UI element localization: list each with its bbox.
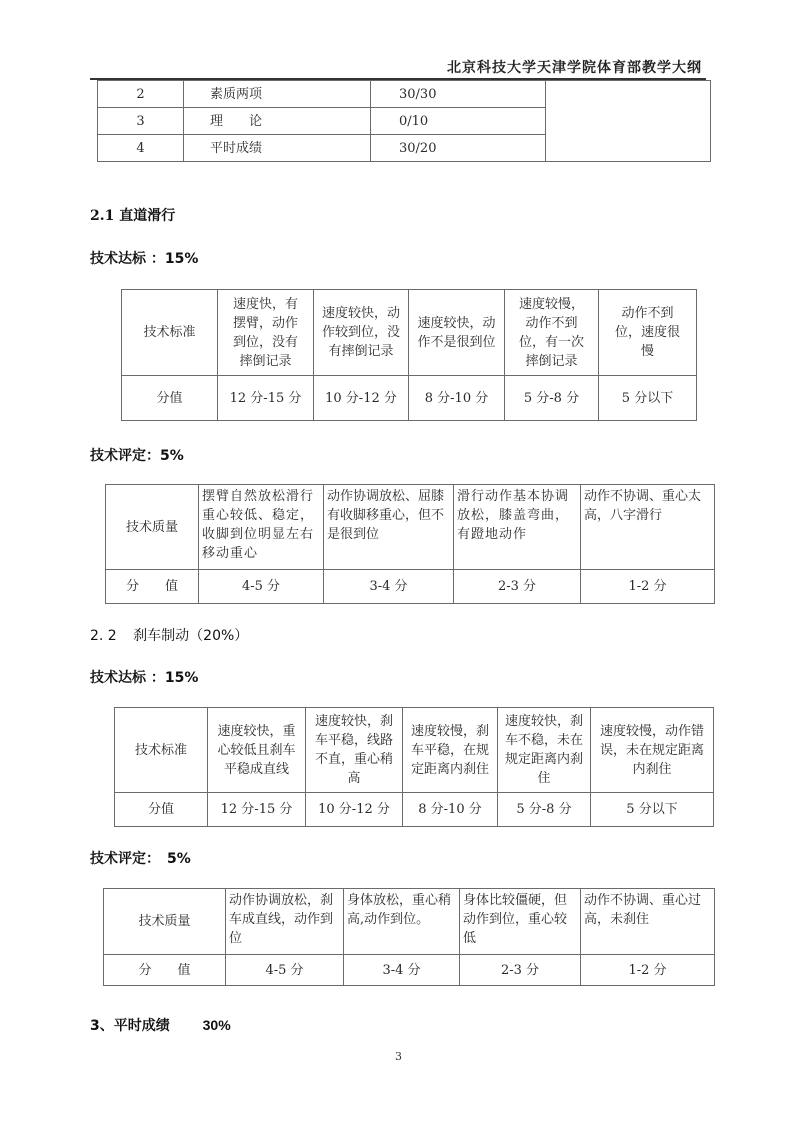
criterion-cell: 身体放松，重心稍高,动作到位。 bbox=[344, 889, 460, 955]
evaluation-weight-label: 技术评定：5% bbox=[90, 445, 184, 465]
score-cell: 1-2 分 bbox=[581, 955, 715, 986]
row-number: 4 bbox=[98, 135, 184, 162]
score-cell: 12 分-15 分 bbox=[208, 793, 306, 827]
section-number: 2.1 bbox=[90, 208, 114, 224]
straight-glide-standard-table: 技术标准 速度快，有摆臂，动作到位，没有摔倒记录 速度较快，动作较到位，没有摔倒… bbox=[121, 289, 697, 421]
score-cell: 10 分-12 分 bbox=[314, 376, 409, 421]
section-heading-2-2: 2. 2 刹车制动（20%） bbox=[90, 625, 248, 645]
row-header: 技术标准 bbox=[115, 708, 208, 793]
score-header: 分值 bbox=[115, 793, 208, 827]
table-row: 技术标准 速度快，有摆臂，动作到位，没有摔倒记录 速度较快，动作较到位，没有摔倒… bbox=[122, 290, 697, 376]
criterion-cell: 速度较快，动作较到位，没有摔倒记录 bbox=[314, 290, 409, 376]
section-percent: 30% bbox=[203, 1017, 231, 1033]
score-cell: 2-3 分 bbox=[454, 570, 581, 604]
score-cell: 8 分-10 分 bbox=[409, 376, 505, 421]
table-row: 2 素质两项 30/30 bbox=[98, 81, 711, 108]
criterion-cell: 动作不协调、重心太高，八字滑行 bbox=[581, 485, 715, 570]
item-ratio: 30/30 bbox=[371, 81, 546, 108]
score-cell: 3-4 分 bbox=[344, 955, 460, 986]
score-summary-table: 2 素质两项 30/30 3 理 论 0/10 4 平时成绩 30/20 bbox=[97, 80, 711, 162]
table-row: 技术标准 速度较快，重心较低且刹车平稳成直线 速度较快，刹车平稳，线路不直，重心… bbox=[115, 708, 714, 793]
table-row: 分 值 4-5 分 3-4 分 2-3 分 1-2 分 bbox=[104, 955, 715, 986]
score-cell: 5 分-8 分 bbox=[505, 376, 599, 421]
score-cell: 3-4 分 bbox=[324, 570, 454, 604]
section-title: 3、平时成绩 bbox=[90, 1018, 170, 1034]
table-row: 分值 12 分-15 分 10 分-12 分 8 分-10 分 5 分-8 分 … bbox=[122, 376, 697, 421]
row-header: 技术标准 bbox=[122, 290, 218, 376]
straight-glide-evaluation-table: 技术质量 摆臂自然放松滑行重心较低、稳定，收脚到位明显左右移动重心 动作协调放松… bbox=[105, 484, 715, 604]
criterion-cell: 速度较慢，动作不到位，有一次摔倒记录 bbox=[505, 290, 599, 376]
standard-weight-label: 技术达标 ：15% bbox=[90, 667, 198, 687]
score-cell: 8 分-10 分 bbox=[403, 793, 498, 827]
score-cell: 12 分-15 分 bbox=[218, 376, 314, 421]
score-cell: 4-5 分 bbox=[199, 570, 324, 604]
score-cell: 5 分以下 bbox=[599, 376, 697, 421]
item-ratio: 30/20 bbox=[371, 135, 546, 162]
score-cell: 4-5 分 bbox=[226, 955, 344, 986]
criterion-cell: 速度快，有摆臂，动作到位，没有摔倒记录 bbox=[218, 290, 314, 376]
criterion-cell: 速度较慢，动作错误，未在规定距离内刹住 bbox=[591, 708, 714, 793]
row-header: 技术质量 bbox=[104, 889, 226, 955]
criterion-cell: 身体比较僵硬，但动作到位，重心较低 bbox=[460, 889, 581, 955]
score-cell: 5 分以下 bbox=[591, 793, 714, 827]
criterion-cell: 动作协调放松、屈膝有收脚移重心，但不是很到位 bbox=[324, 485, 454, 570]
criterion-cell: 滑行动作基本协调放松，膝盖弯曲，有蹬地动作 bbox=[454, 485, 581, 570]
score-cell: 5 分-8 分 bbox=[498, 793, 591, 827]
score-cell: 1-2 分 bbox=[581, 570, 715, 604]
item-name: 平时成绩 bbox=[184, 135, 371, 162]
score-cell: 10 分-12 分 bbox=[306, 793, 403, 827]
criterion-cell: 速度较快，重心较低且刹车平稳成直线 bbox=[208, 708, 306, 793]
standard-weight-label: 技术达标 ：15% bbox=[90, 248, 198, 268]
table-row: 技术质量 摆臂自然放松滑行重心较低、稳定，收脚到位明显左右移动重心 动作协调放松… bbox=[106, 485, 715, 570]
score-header: 分值 bbox=[122, 376, 218, 421]
criterion-cell: 速度较快，动作不是很到位 bbox=[409, 290, 505, 376]
item-name: 理 论 bbox=[184, 108, 371, 135]
score-header: 分 值 bbox=[104, 955, 226, 986]
section-heading-2-1: 2.1 直道滑行 bbox=[90, 205, 175, 225]
criterion-cell: 速度较快，刹车不稳，未在规定距离内刹住 bbox=[498, 708, 591, 793]
section-number: 2. 2 bbox=[90, 628, 117, 644]
braking-standard-table: 技术标准 速度较快，重心较低且刹车平稳成直线 速度较快，刹车平稳，线路不直，重心… bbox=[114, 707, 714, 827]
table-row: 技术质量 动作协调放松，刹车成直线，动作到位 身体放松，重心稍高,动作到位。 身… bbox=[104, 889, 715, 955]
evaluation-weight-label: 技术评定： 5% bbox=[90, 848, 191, 868]
criterion-cell: 速度较慢，刹车平稳，在规定距离内刹住 bbox=[403, 708, 498, 793]
criterion-cell: 速度较快，刹车平稳，线路不直，重心稍高 bbox=[306, 708, 403, 793]
item-name: 素质两项 bbox=[184, 81, 371, 108]
table-row: 分 值 4-5 分 3-4 分 2-3 分 1-2 分 bbox=[106, 570, 715, 604]
table-row: 分值 12 分-15 分 10 分-12 分 8 分-10 分 5 分-8 分 … bbox=[115, 793, 714, 827]
criterion-cell: 动作不到位，速度很慢 bbox=[599, 290, 697, 376]
merged-empty-cell bbox=[546, 81, 711, 162]
criterion-cell: 摆臂自然放松滑行重心较低、稳定，收脚到位明显左右移动重心 bbox=[199, 485, 324, 570]
row-number: 2 bbox=[98, 81, 184, 108]
criterion-cell: 动作协调放松，刹车成直线，动作到位 bbox=[226, 889, 344, 955]
row-header: 技术质量 bbox=[106, 485, 199, 570]
section-title: 直道滑行 bbox=[119, 208, 175, 224]
score-header: 分 值 bbox=[106, 570, 199, 604]
section-heading-3: 3、平时成绩 30% bbox=[90, 1015, 231, 1035]
criterion-cell: 动作不协调、重心过高，未刹住 bbox=[581, 889, 715, 955]
section-title: 刹车制动（20%） bbox=[133, 628, 248, 644]
document-header-title: 北京科技大学天津学院体育部教学大纲 bbox=[447, 57, 702, 77]
braking-evaluation-table: 技术质量 动作协调放松，刹车成直线，动作到位 身体放松，重心稍高,动作到位。 身… bbox=[103, 888, 715, 986]
item-ratio: 0/10 bbox=[371, 108, 546, 135]
score-cell: 2-3 分 bbox=[460, 955, 581, 986]
page-number: 3 bbox=[395, 1050, 402, 1063]
row-number: 3 bbox=[98, 108, 184, 135]
